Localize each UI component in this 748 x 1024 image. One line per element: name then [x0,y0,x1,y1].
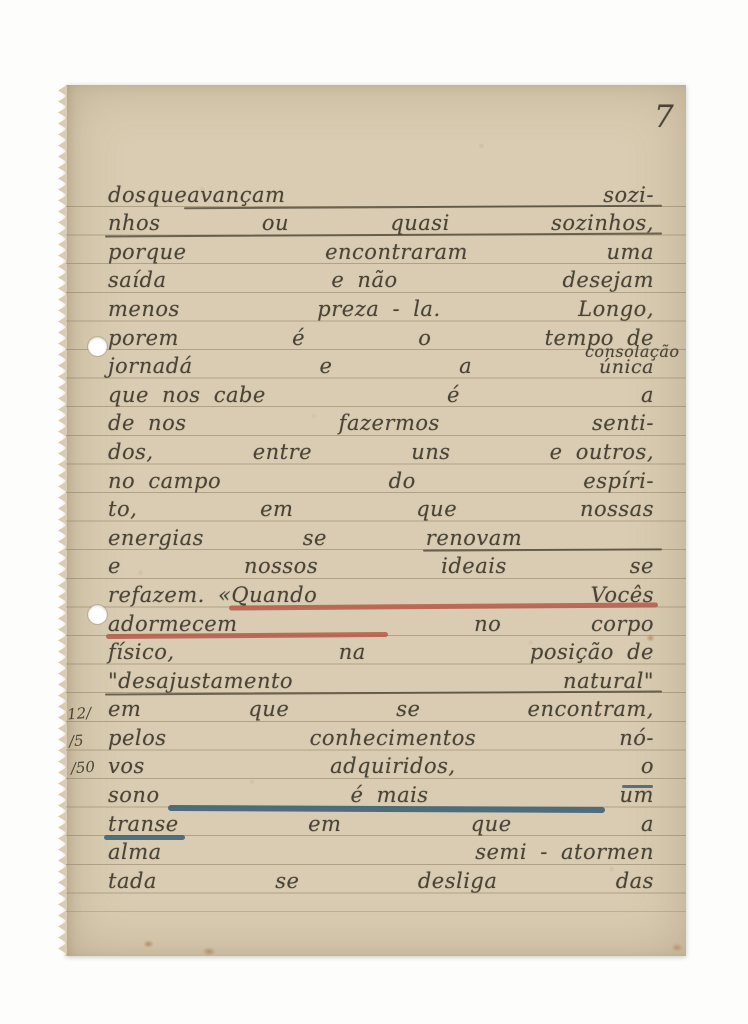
manuscript-line: dos,entreunse outros, [108,435,654,464]
scan-background: 7 12/ /5 /50 dosqueavançamsozi-nhosouqua… [0,0,748,1024]
manuscript-line: poreméotempo de [108,321,654,350]
inserted-word: consolação [585,344,680,360]
manuscript-line: emqueseencontram, [108,693,654,722]
manuscript-text: é mais [351,785,429,807]
manuscript-text: dos, [108,442,154,464]
manuscript-text: senti- [592,413,654,435]
manuscript-text: energias [108,528,204,550]
manuscript-line: que nos cabeéa [108,378,654,407]
manuscript-text: em [308,814,341,836]
manuscript-text: uns [411,442,450,464]
manuscript-line: transeemquea [108,807,654,836]
manuscript-text: to, [108,499,137,521]
manuscript-line: refazem. «QuandoVocês [108,578,654,607]
manuscript-text: adormecem [108,614,384,636]
punch-hole-top [88,337,107,356]
manuscript-text: porque [108,242,187,264]
manuscript-text: é [447,385,460,407]
manuscript-line: energiasserenovam [108,521,654,550]
manuscript-text: preza - la. [317,299,440,321]
manuscript-text: nhosouquasisozinhos, [108,213,654,235]
manuscript-text: de nos [108,413,187,435]
manuscript-text: alma [108,842,162,864]
manuscript-text: semi - atormen [475,842,654,864]
manuscript-page: 7 12/ /5 /50 dosqueavançamsozi-nhosouqua… [66,85,686,956]
manuscript-text: fazermos [339,413,440,435]
manuscript-text: encontram, [528,699,654,721]
paper-stain [143,940,154,948]
manuscript-text: espíri- [583,471,654,493]
manuscript-text: desejam [562,270,654,292]
manuscript-line: "desajustamentonatural" [108,664,654,693]
manuscript-line: no campodoespíri- [108,464,654,493]
manuscript-text: desliga [418,871,498,893]
paper-stain [202,947,216,956]
manuscript-text: nossas [580,499,654,521]
manuscript-text: e outros, [550,442,654,464]
manuscript-text: se [275,871,299,893]
manuscript-text: Longo, [578,299,654,321]
manuscript-text: e [108,556,121,578]
manuscript-text: que [416,499,457,521]
manuscript-text: refazem. « [108,585,231,607]
manuscript-text: a [641,814,654,836]
manuscript-text: um [620,785,654,807]
manuscript-text: das [616,871,654,893]
page-number: 7 [654,99,674,135]
manuscript-line: to,emquenossas [108,493,654,522]
manuscript-text: entre [253,442,312,464]
manuscript-text: uma [607,242,654,264]
manuscript-text: QuandoVocês [231,585,654,607]
ruled-line-extra [66,911,686,912]
manuscript-line: porqueencontraramuma [108,235,654,264]
manuscript-line: menospreza - la.Longo, [108,292,654,321]
manuscript-line: vosadquiridos,o [108,750,654,779]
punch-hole-bottom [88,605,107,624]
manuscript-text: sono [108,785,160,807]
manuscript-text: posição de [530,642,654,664]
manuscript-text: no campo [108,471,221,493]
manuscript-text: menos [108,299,180,321]
manuscript-text: porem [108,328,179,350]
manuscript-text: que [146,185,187,207]
manuscript-text: que [471,814,512,836]
margin-note-line: /50 [70,753,112,783]
torn-edge [57,85,67,956]
manuscript-text: se [630,556,654,578]
manuscript-text: o [641,756,654,778]
manuscript-text: tada [108,871,157,893]
manuscript-text: jornadá [108,356,193,378]
manuscript-text: é [292,328,305,350]
manuscript-line: dosqueavançamsozi- [108,178,654,207]
manuscript-line: saídae nãodesejam [108,264,654,293]
manuscript-line: adormecemnocorpo [108,607,654,636]
manuscript-text: nó- [619,728,654,750]
manuscript-text: que nos cabe [108,385,266,407]
manuscript-text: que [248,699,289,721]
manuscript-text: conhecimentos [310,728,477,750]
manuscript-text: avançamsozi- [187,185,654,207]
manuscript-line: almasemi - atormen [108,836,654,865]
manuscript-line: de nosfazermossenti- [108,407,654,436]
paper-stain [671,943,683,952]
manuscript-text: dos [108,185,146,207]
margin-date-note: 12/ /5 /50 [66,699,112,783]
manuscript-text: "desajustamentonatural" [108,671,654,693]
manuscript-text: consolaçãoúnica [599,358,654,378]
manuscript-text: em [108,699,141,721]
manuscript-text: ideais [441,556,507,578]
manuscript-text: se [303,528,327,550]
manuscript-text: renovam [426,528,654,550]
manuscript-text: e não [331,270,397,292]
margin-note-line: 12/ [66,699,108,729]
manuscript-text: físico, [108,642,175,664]
manuscript-line: jornadáeaconsolaçãoúnica [108,350,654,379]
manuscript-text: vos [108,756,145,778]
manuscript-lines: dosqueavançamsozi-nhosouquasisozinhos,po… [108,178,654,893]
manuscript-line: nhosouquasisozinhos, [108,207,654,236]
manuscript-line: físico,naposição de [108,636,654,665]
manuscript-text: nossos [244,556,318,578]
manuscript-text: do [389,471,416,493]
manuscript-text: e [319,356,332,378]
manuscript-text: corpo [591,614,654,636]
manuscript-line: pelosconhecimentosnó- [108,721,654,750]
manuscript-text: saída [108,270,166,292]
manuscript-line: sonoé maisum [108,778,654,807]
manuscript-text: na [339,642,366,664]
manuscript-line: enossosideaisse [108,550,654,579]
manuscript-text: transe [108,814,179,836]
manuscript-text: adquiridos, [330,756,455,778]
manuscript-text: no [474,614,501,636]
margin-note-line: /5 [68,726,110,756]
manuscript-line: tadasedesligadas [108,864,654,893]
manuscript-text: pelos [108,728,167,750]
manuscript-text: a [459,356,472,378]
manuscript-text: a [641,385,654,407]
manuscript-text: o [418,328,431,350]
manuscript-text: em [260,499,293,521]
manuscript-text: encontraram [325,242,468,264]
manuscript-text: se [396,699,420,721]
